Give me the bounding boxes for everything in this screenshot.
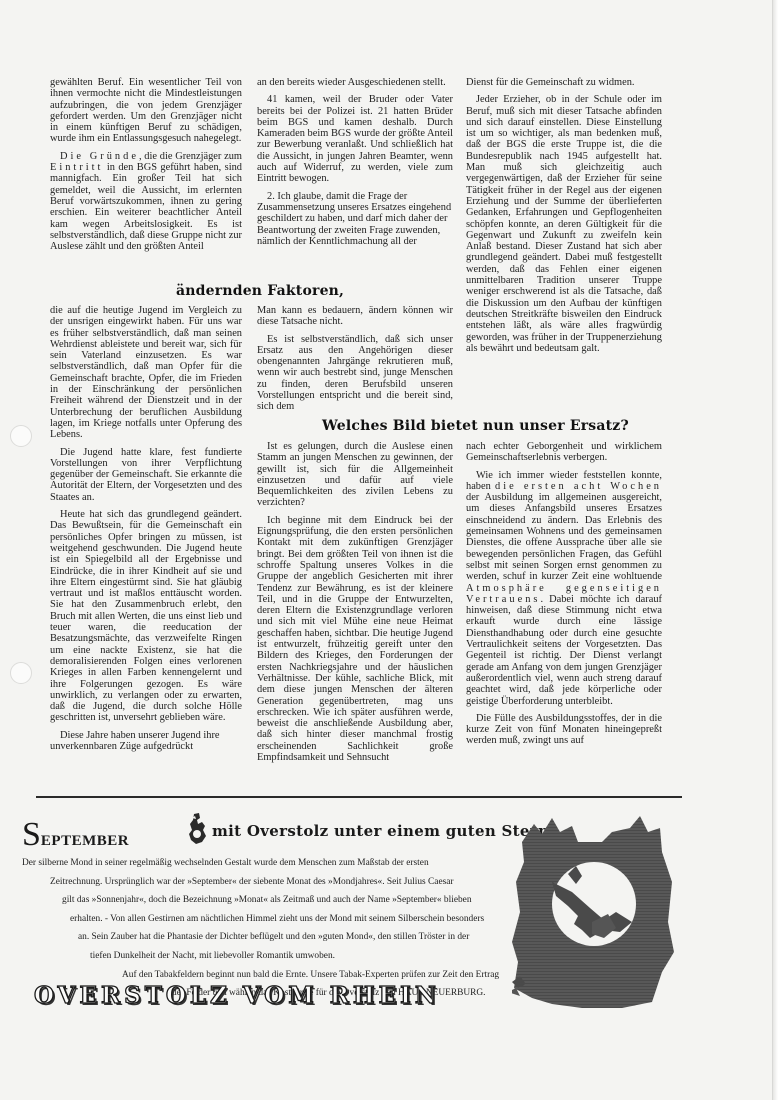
heraldic-figure-icon <box>186 812 210 846</box>
text: , die die Grenzjäger zum <box>139 151 242 162</box>
punch-hole <box>10 662 32 684</box>
paragraph: gewählten Beruf. Ein wesentlicher Teil v… <box>50 77 242 145</box>
ad-brand-wordmark: OVERSTOLZ VOM RHEIN <box>34 982 440 1009</box>
paragraph: nach echter Geborgenheit und wirklichem … <box>466 441 662 464</box>
month-name: EPTEMBER <box>41 833 129 849</box>
ad-line: an. Sein Zauber hat die Phantasie der Di… <box>22 928 532 947</box>
ad-line: erhalten. - Von allen Gestirnen am nächt… <box>22 910 532 929</box>
drop-initial: S <box>22 816 41 853</box>
emphasis: die ersten acht Wochen <box>495 481 662 492</box>
paragraph: Ist es gelungen, durch die Auslese einen… <box>257 441 453 509</box>
ad-slogan: mit Overstolz unter einem guten Stern <box>212 822 549 840</box>
paragraph: Ich beginne mit dem Eindruck bei der Eig… <box>257 515 453 764</box>
text: in den BGS geführt haben, sind mannigfac… <box>50 162 242 252</box>
emphasis: Eintritt <box>50 162 103 173</box>
ad-line: Der silberne Mond in seiner regelmäßig w… <box>22 854 532 873</box>
emphasis: Die Gründe <box>60 151 139 162</box>
ad-line: tiefen Dunkelheit der Nacht, mit liebevo… <box>22 947 532 966</box>
text: der Ausbildung im allgemeinen ausgereich… <box>466 492 662 582</box>
paragraph: die auf die heutige Jugend im Vergleich … <box>50 305 242 441</box>
paragraph: Es ist selbstverständlich, daß sich unse… <box>257 334 453 413</box>
article-column-3-top: Dienst für die Gemeinschaft zu widmen. J… <box>466 77 662 360</box>
article-column-3-bottom: nach echter Geborgenheit und wirklichem … <box>466 441 662 753</box>
paragraph: Heute hat sich das grundlegend geändert.… <box>50 509 242 724</box>
paragraph: Jeder Erzieher, ob in der Schule oder im… <box>466 94 662 354</box>
paragraph: Man kann es bedauern, ändern können wir … <box>257 305 453 328</box>
section-heading-ersatz: Welches Bild bietet nun unser Ersatz? <box>322 418 629 434</box>
paragraph: Die Gründe, die die Grenzjäger zum Eintr… <box>50 151 242 253</box>
punch-hole <box>10 425 32 447</box>
ad-line: gilt das »Sonnenjahr«, doch die Bezeichn… <box>22 891 532 910</box>
section-heading-faktoren: ändernden Faktoren, <box>176 283 344 299</box>
article-column-2-mid: Man kann es bedauern, ändern können wir … <box>257 305 453 419</box>
article-column-2-bottom: Ist es gelungen, durch die Auslese einen… <box>257 441 453 769</box>
paragraph: Wie ich immer wieder feststellen konnte,… <box>466 470 662 707</box>
moon-wreath-illustration <box>512 812 688 1012</box>
page-edge <box>772 0 778 1100</box>
paragraph: Diese Jahre haben unserer Jugend ihre un… <box>50 730 242 753</box>
text: . Dabei möchte ich darauf hinweisen, daß… <box>466 594 662 707</box>
paragraph: 41 kamen, weil der Bruder oder Vater ber… <box>257 94 453 184</box>
section-divider <box>36 796 682 798</box>
paragraph: an den bereits wieder Ausgeschiedenen st… <box>257 77 453 88</box>
paragraph: Die Fülle des Ausbildungsstoffes, der in… <box>466 713 662 747</box>
article-column-1-top: gewählten Beruf. Ein wesentlicher Teil v… <box>50 77 242 258</box>
paragraph: Die Jugend hatte klare, fest fundierte V… <box>50 447 242 503</box>
ad-month-title: SEPTEMBER <box>22 818 129 852</box>
article-column-1-mid: die auf die heutige Jugend im Vergleich … <box>50 305 242 758</box>
article-column-2-top: an den bereits wieder Ausgeschiedenen st… <box>257 77 453 253</box>
ad-line: Zeitrechnung. Ursprünglich war der »Sept… <box>22 873 532 892</box>
ad-body-text: Der silberne Mond in seiner regelmäßig w… <box>22 854 532 1003</box>
paragraph: Dienst für die Gemeinschaft zu widmen. <box>466 77 662 88</box>
paragraph: 2. Ich glaube, damit die Frage der Zusam… <box>257 191 453 247</box>
